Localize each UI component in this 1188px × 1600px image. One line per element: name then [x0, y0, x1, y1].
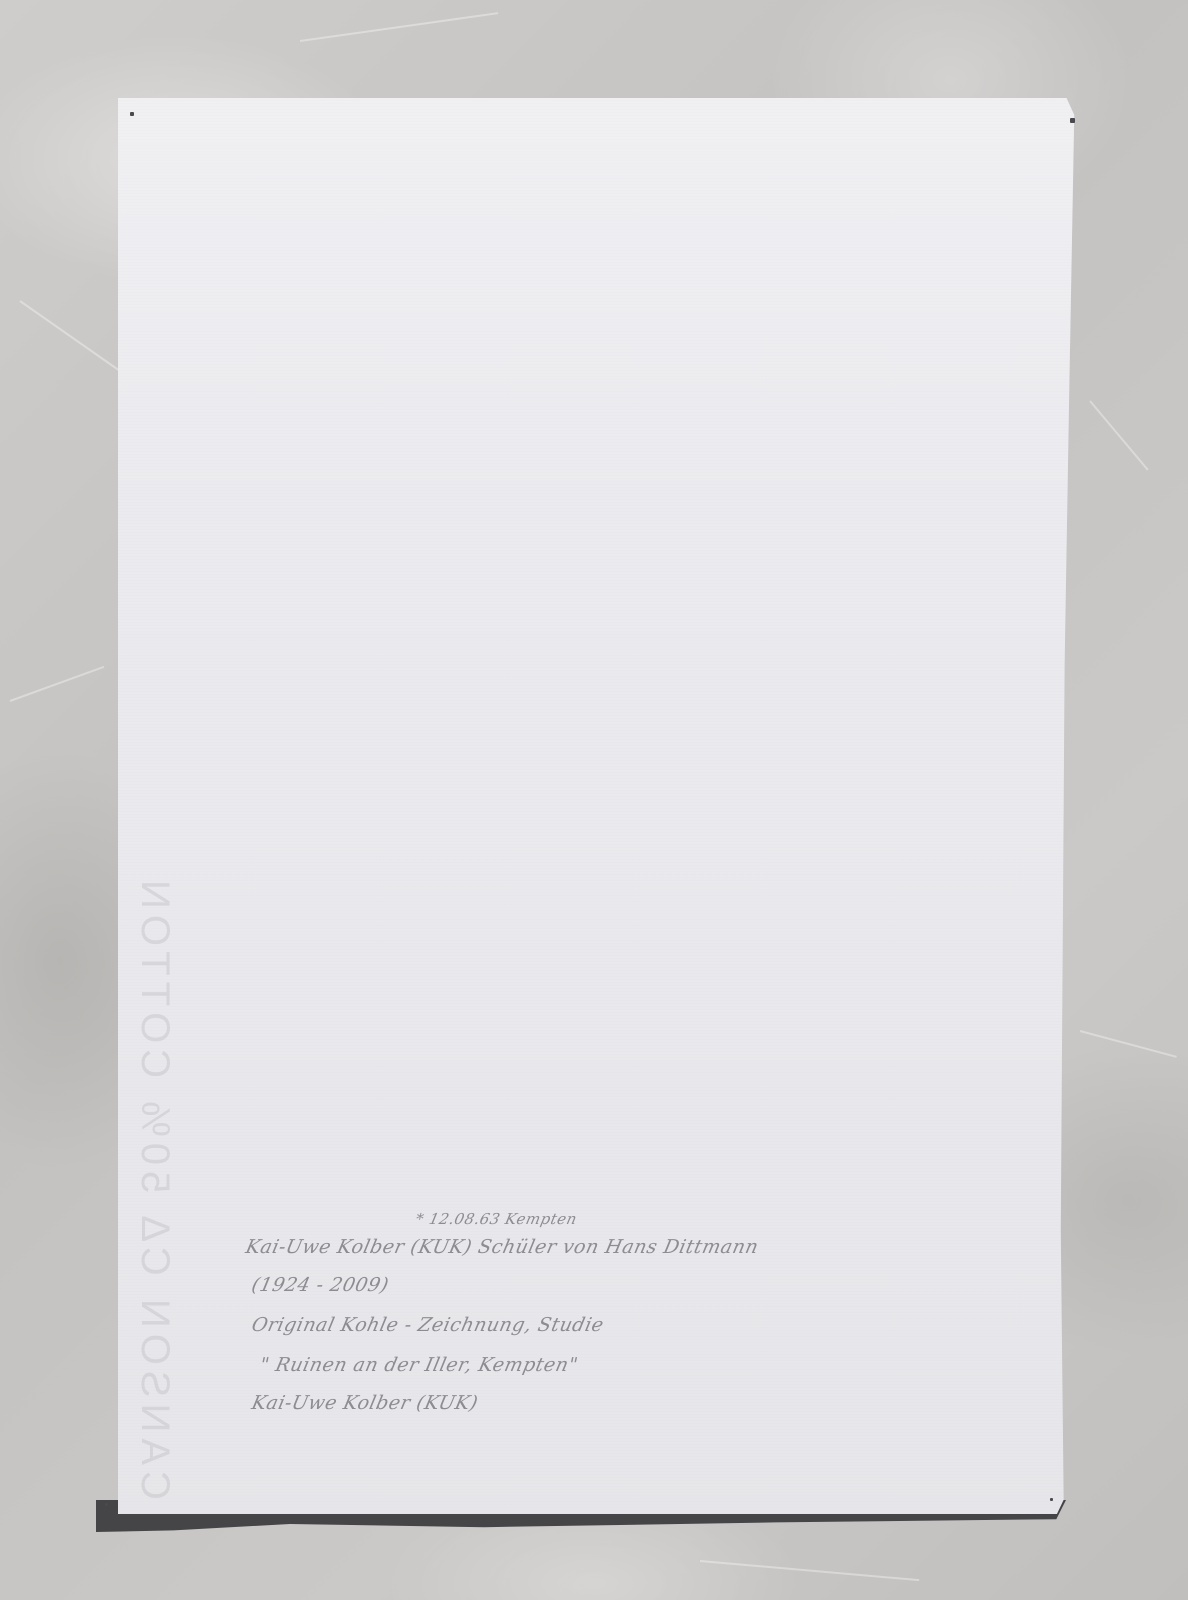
title-line: " Ruinen an der Iller, Kempten"	[258, 1354, 580, 1376]
paper-sheet	[118, 98, 1080, 1514]
artist-line: Kai-Uwe Kolber (KUK) Schüler von Hans Di…	[244, 1236, 761, 1258]
background-crease	[19, 300, 135, 382]
background-crease	[10, 666, 105, 702]
paper-speck	[105, 1503, 108, 1506]
background-crease	[1080, 1030, 1177, 1058]
background-crease	[300, 12, 498, 42]
paper-speck	[130, 112, 134, 116]
background-crease	[700, 1560, 919, 1581]
background-crease	[1089, 400, 1148, 470]
signature-line: Kai-Uwe Kolber (KUK)	[250, 1392, 481, 1414]
birth-date-line: * 12.08.63 Kempten	[414, 1210, 579, 1228]
paper-speck	[1050, 1498, 1053, 1501]
paper-speck	[1070, 118, 1075, 123]
teacher-dates-line: (1924 - 2009)	[250, 1274, 391, 1296]
medium-line: Original Kohle - Zeichnung, Studie	[250, 1314, 606, 1336]
